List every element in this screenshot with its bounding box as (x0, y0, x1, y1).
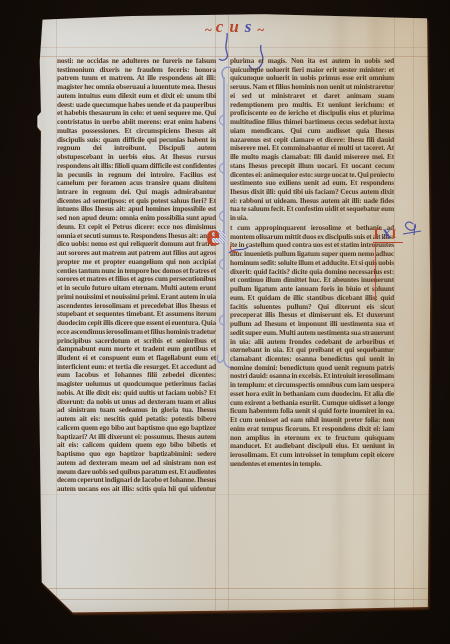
chapter-bracket (375, 229, 382, 239)
chapter-numeral-x: X (382, 226, 391, 241)
running-title: ~ c u s ~ (205, 17, 325, 51)
ruling-line (394, 15, 395, 611)
chapter-numeral: XI (375, 225, 396, 241)
initial-letter: E (206, 219, 220, 250)
ruling-line (413, 15, 414, 611)
leaf-wrapper: ~ c u s ~ nosti: ne occidas ne adulteres… (0, 0, 450, 644)
running-title-flourish-left: ~ (205, 22, 212, 37)
ruling-line (39, 588, 428, 589)
text-column-right: plurima et magis. Non ita est autem in u… (230, 57, 394, 494)
ruling-line (39, 599, 428, 600)
column-text-upper: plurima et magis. Non ita est autem in u… (230, 57, 394, 224)
chapter-red-line (375, 243, 376, 301)
running-title-flourish-right: ~ (257, 22, 264, 37)
chapter-flourish-icon (399, 216, 429, 238)
running-title-letter: s (245, 17, 254, 36)
chapter-red-underline (373, 242, 403, 243)
running-title-letter: u (229, 17, 240, 36)
column-text-lower: t cum appropinquarent ierosolime et beth… (230, 224, 394, 494)
running-title-letter: c (216, 17, 226, 36)
photo-background: ~ c u s ~ nosti: ne occidas ne adulteres… (0, 0, 450, 644)
chapter-numeral-i: I (391, 226, 396, 241)
initial-flourish-icon (228, 244, 250, 258)
manuscript-leaf: ~ c u s ~ nosti: ne occidas ne adulteres… (37, 13, 431, 613)
text-column-left: nosti: ne occidas ne adulteres ne fureri… (57, 57, 216, 494)
ruling-line (39, 494, 428, 495)
